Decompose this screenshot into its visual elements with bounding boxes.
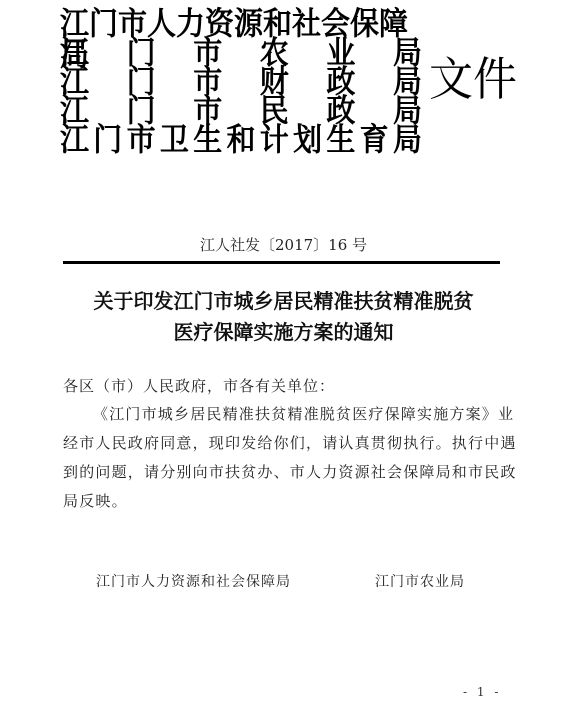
paragraph-line: 《江门市城乡居民精准扶贫精准脱贫医疗保障实施方案》业 (63, 405, 503, 434)
page-number: - 1 - (463, 685, 501, 699)
issuer-char: 生 (193, 124, 222, 155)
issuer-char: 计 (260, 124, 289, 155)
issuer-char: 卫 (160, 124, 189, 155)
issuer-char: 局 (393, 124, 422, 155)
signature-hrss: 江门市人力资源和社会保障局 (96, 573, 291, 591)
issuer-health: 江 门 市 卫 生 和 计 划 生 育 局 (60, 124, 422, 155)
issuer-char: 江 (60, 124, 89, 155)
document-page: 江门市人力资源和社会保障局 江 门 市 农 业 局 江 门 市 财 政 局 江 … (0, 0, 567, 718)
issuer-name: 江门市人力资源和社会保障局 (60, 8, 422, 39)
issuer-header: 江门市人力资源和社会保障局 江 门 市 农 业 局 江 门 市 财 政 局 江 … (60, 8, 422, 153)
document-number: 江人社发〔2017〕16 号 (0, 236, 567, 254)
salutation: 各区（市）人民政府，市各有关单位： (63, 377, 335, 395)
issuer-char: 划 (293, 124, 322, 155)
body-paragraph: 《江门市城乡居民精准扶贫精准脱贫医疗保障实施方案》业 经市人民政府同意，现印发给… (63, 405, 503, 521)
issuer-finance: 江 门 市 财 政 局 (60, 66, 422, 97)
signature-agriculture: 江门市农业局 (375, 573, 465, 591)
header-divider (63, 261, 500, 264)
issuer-agriculture: 江 门 市 农 业 局 (60, 37, 422, 68)
document-title: 关于印发江门市城乡居民精准扶贫精准脱贫 医疗保障实施方案的通知 (0, 286, 567, 348)
issuer-char: 生 (326, 124, 355, 155)
paragraph-line: 经市人民政府同意，现印发给你们，请认真贯彻执行。执行中遇 (63, 434, 503, 463)
document-type-label: 文件 (429, 55, 517, 105)
issuer-char: 和 (226, 124, 255, 155)
issuer-char: 市 (127, 124, 156, 155)
issuer-char: 育 (360, 124, 389, 155)
title-line-1: 关于印发江门市城乡居民精准扶贫精准脱贫 (0, 286, 567, 317)
paragraph-line: 到的问题，请分别向市扶贫办、市人力资源社会保障局和市民政 (63, 463, 503, 492)
paragraph-line: 局反映。 (63, 492, 503, 521)
issuer-char: 门 (93, 124, 122, 155)
issuer-hrss: 江门市人力资源和社会保障局 (60, 8, 422, 39)
title-line-2: 医疗保障实施方案的通知 (0, 317, 567, 348)
